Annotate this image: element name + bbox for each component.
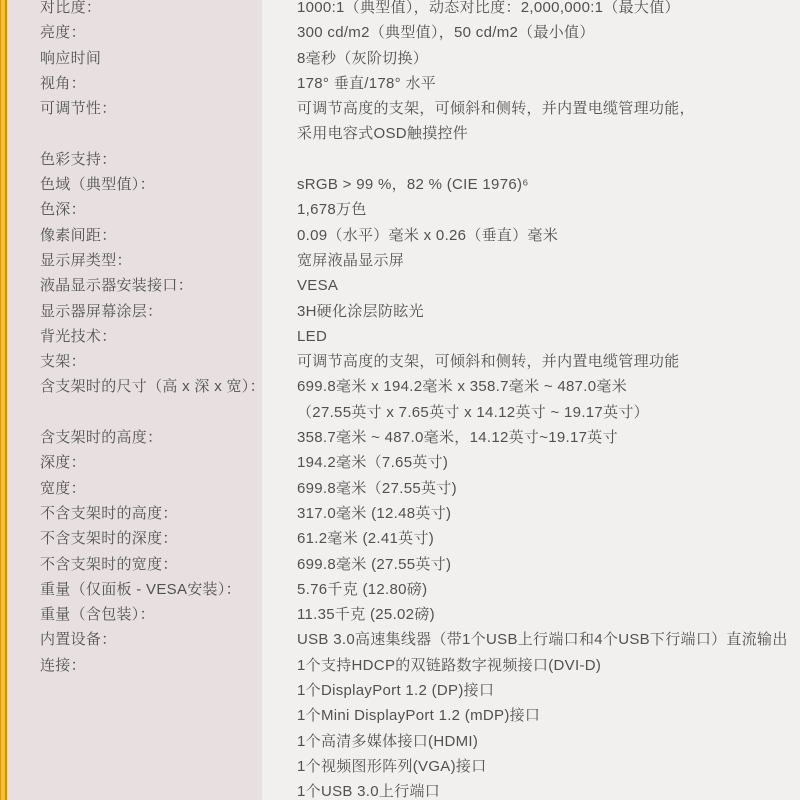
spec-value: 11.35千克 (25.02磅) <box>262 602 800 627</box>
spec-label: 背光技术： <box>0 324 262 349</box>
spec-label: 显示器屏幕涂层： <box>0 299 262 324</box>
spec-label: 像素间距： <box>0 223 262 248</box>
spec-label: 液晶显示器安装接口： <box>0 273 262 298</box>
spec-row: 对比度：1000:1（典型值），动态对比度：2,000,000:1（最大值） <box>0 0 800 20</box>
spec-row: 响应时间8毫秒（灰阶切换） <box>0 46 800 71</box>
spec-value: 1个视频图形阵列(VGA)接口 <box>262 754 800 779</box>
spec-label: 支架： <box>0 349 262 374</box>
spec-value: （27.55英寸 x 7.65英寸 x 14.12英寸 ~ 19.17英寸） <box>262 400 800 425</box>
spec-value: 699.8毫米（27.55英寸) <box>262 476 800 501</box>
spec-sheet-page: 对比度：1000:1（典型值），动态对比度：2,000,000:1（最大值）亮度… <box>0 0 800 800</box>
spec-row: 重量（含包装）：11.35千克 (25.02磅) <box>0 602 800 627</box>
spec-value: USB 3.0高速集线器（带1个USB上行端口和4个USB下行端口）直流输出 <box>262 627 800 652</box>
spec-label: 不含支架时的宽度： <box>0 552 262 577</box>
spec-value: 194.2毫米（7.65英寸) <box>262 450 800 475</box>
spec-row: 色彩支持： <box>0 147 800 172</box>
spec-row: 不含支架时的高度：317.0毫米 (12.48英寸) <box>0 501 800 526</box>
spec-label: 深度： <box>0 450 262 475</box>
spec-value: LED <box>262 324 800 349</box>
spec-row: 视角：178° 垂直/178° 水平 <box>0 71 800 96</box>
spec-label: 不含支架时的深度： <box>0 526 262 551</box>
spec-value: 1个支持HDCP的双链路数字视频接口(DVI-D) <box>262 653 800 678</box>
spec-label: 色彩支持： <box>0 147 262 172</box>
spec-value: 1个USB 3.0上行端口 <box>262 779 800 800</box>
spec-row: 色域（典型值）：sRGB > 99 %，82 % (CIE 1976)⁶ <box>0 172 800 197</box>
spec-row: 内置设备：USB 3.0高速集线器（带1个USB上行端口和4个USB下行端口）直… <box>0 627 800 652</box>
spec-label: 色深： <box>0 197 262 222</box>
spec-label <box>0 121 262 146</box>
spec-row: 连接：1个支持HDCP的双链路数字视频接口(DVI-D) <box>0 653 800 678</box>
spec-value: 699.8毫米 (27.55英寸) <box>262 552 800 577</box>
spec-value: 1个Mini DisplayPort 1.2 (mDP)接口 <box>262 703 800 728</box>
spec-value: 可调节高度的支架，可倾斜和侧转，并内置电缆管理功能 <box>262 349 800 374</box>
spec-value: 5.76千克 (12.80磅) <box>262 577 800 602</box>
spec-label: 不含支架时的高度： <box>0 501 262 526</box>
spec-value: 699.8毫米 x 194.2毫米 x 358.7毫米 ~ 487.0毫米 <box>262 374 800 399</box>
spec-value: 1个DisplayPort 1.2 (DP)接口 <box>262 678 800 703</box>
spec-row: 1个Mini DisplayPort 1.2 (mDP)接口 <box>0 703 800 728</box>
spec-value: 0.09（水平）毫米 x 0.26（垂直）毫米 <box>262 223 800 248</box>
spec-row: 深度：194.2毫米（7.65英寸) <box>0 450 800 475</box>
spec-row: 宽度：699.8毫米（27.55英寸) <box>0 476 800 501</box>
spec-value: 61.2毫米 (2.41英寸) <box>262 526 800 551</box>
spec-label <box>0 754 262 779</box>
spec-row: （27.55英寸 x 7.65英寸 x 14.12英寸 ~ 19.17英寸） <box>0 400 800 425</box>
spec-value: 178° 垂直/178° 水平 <box>262 71 800 96</box>
spec-row: 1个USB 3.0上行端口 <box>0 779 800 800</box>
spec-label <box>0 729 262 754</box>
spec-value: 1000:1（典型值），动态对比度：2,000,000:1（最大值） <box>262 0 800 20</box>
spec-value: 可调节高度的支架，可倾斜和侧转，并内置电缆管理功能， <box>262 96 800 121</box>
spec-value: VESA <box>262 273 800 298</box>
spec-value: 1个高清多媒体接口(HDMI) <box>262 729 800 754</box>
spec-label: 亮度： <box>0 20 262 45</box>
spec-label: 宽度： <box>0 476 262 501</box>
spec-label: 重量（含包装）： <box>0 602 262 627</box>
spec-row: 支架：可调节高度的支架，可倾斜和侧转，并内置电缆管理功能 <box>0 349 800 374</box>
spec-label: 显示屏类型： <box>0 248 262 273</box>
spec-row: 1个DisplayPort 1.2 (DP)接口 <box>0 678 800 703</box>
spec-label: 对比度： <box>0 0 262 20</box>
spec-label: 可调节性： <box>0 96 262 121</box>
spec-label: 含支架时的尺寸（高 x 深 x 宽）： <box>0 374 262 399</box>
spec-row: 含支架时的尺寸（高 x 深 x 宽）：699.8毫米 x 194.2毫米 x 3… <box>0 374 800 399</box>
spec-label: 响应时间 <box>0 46 262 71</box>
spec-row: 液晶显示器安装接口：VESA <box>0 273 800 298</box>
spec-value: 1,678万色 <box>262 197 800 222</box>
spec-value: 358.7毫米 ~ 487.0毫米，14.12英寸~19.17英寸 <box>262 425 800 450</box>
spec-label: 内置设备： <box>0 627 262 652</box>
spec-row: 采用电容式OSD触摸控件 <box>0 121 800 146</box>
spec-label: 连接： <box>0 653 262 678</box>
spec-value: 3H硬化涂层防眩光 <box>262 299 800 324</box>
spec-label: 色域（典型值）： <box>0 172 262 197</box>
spec-row: 含支架时的高度：358.7毫米 ~ 487.0毫米，14.12英寸~19.17英… <box>0 425 800 450</box>
spec-label <box>0 400 262 425</box>
spec-row: 不含支架时的宽度：699.8毫米 (27.55英寸) <box>0 552 800 577</box>
spec-row: 重量（仅面板 - VESA安装）：5.76千克 (12.80磅) <box>0 577 800 602</box>
spec-row: 不含支架时的深度：61.2毫米 (2.41英寸) <box>0 526 800 551</box>
spec-row: 显示器屏幕涂层：3H硬化涂层防眩光 <box>0 299 800 324</box>
spec-label <box>0 779 262 800</box>
spec-row: 1个视频图形阵列(VGA)接口 <box>0 754 800 779</box>
spec-row: 1个高清多媒体接口(HDMI) <box>0 729 800 754</box>
spec-value: sRGB > 99 %，82 % (CIE 1976)⁶ <box>262 172 800 197</box>
spec-row: 色深：1,678万色 <box>0 197 800 222</box>
spec-label: 视角： <box>0 71 262 96</box>
spec-value: 317.0毫米 (12.48英寸) <box>262 501 800 526</box>
spec-table: 对比度：1000:1（典型值），动态对比度：2,000,000:1（最大值）亮度… <box>0 0 800 800</box>
spec-row: 显示屏类型：宽屏液晶显示屏 <box>0 248 800 273</box>
spec-row: 背光技术：LED <box>0 324 800 349</box>
spec-row: 像素间距：0.09（水平）毫米 x 0.26（垂直）毫米 <box>0 223 800 248</box>
spec-label <box>0 703 262 728</box>
left-accent-strip <box>0 0 7 800</box>
spec-value: 8毫秒（灰阶切换） <box>262 46 800 71</box>
spec-value <box>262 147 800 172</box>
spec-label: 含支架时的高度： <box>0 425 262 450</box>
spec-label <box>0 678 262 703</box>
spec-row: 可调节性：可调节高度的支架，可倾斜和侧转，并内置电缆管理功能， <box>0 96 800 121</box>
spec-value: 采用电容式OSD触摸控件 <box>262 121 800 146</box>
spec-row: 亮度：300 cd/m2（典型值），50 cd/m2（最小值） <box>0 20 800 45</box>
spec-label: 重量（仅面板 - VESA安装）： <box>0 577 262 602</box>
spec-value: 宽屏液晶显示屏 <box>262 248 800 273</box>
spec-value: 300 cd/m2（典型值），50 cd/m2（最小值） <box>262 20 800 45</box>
